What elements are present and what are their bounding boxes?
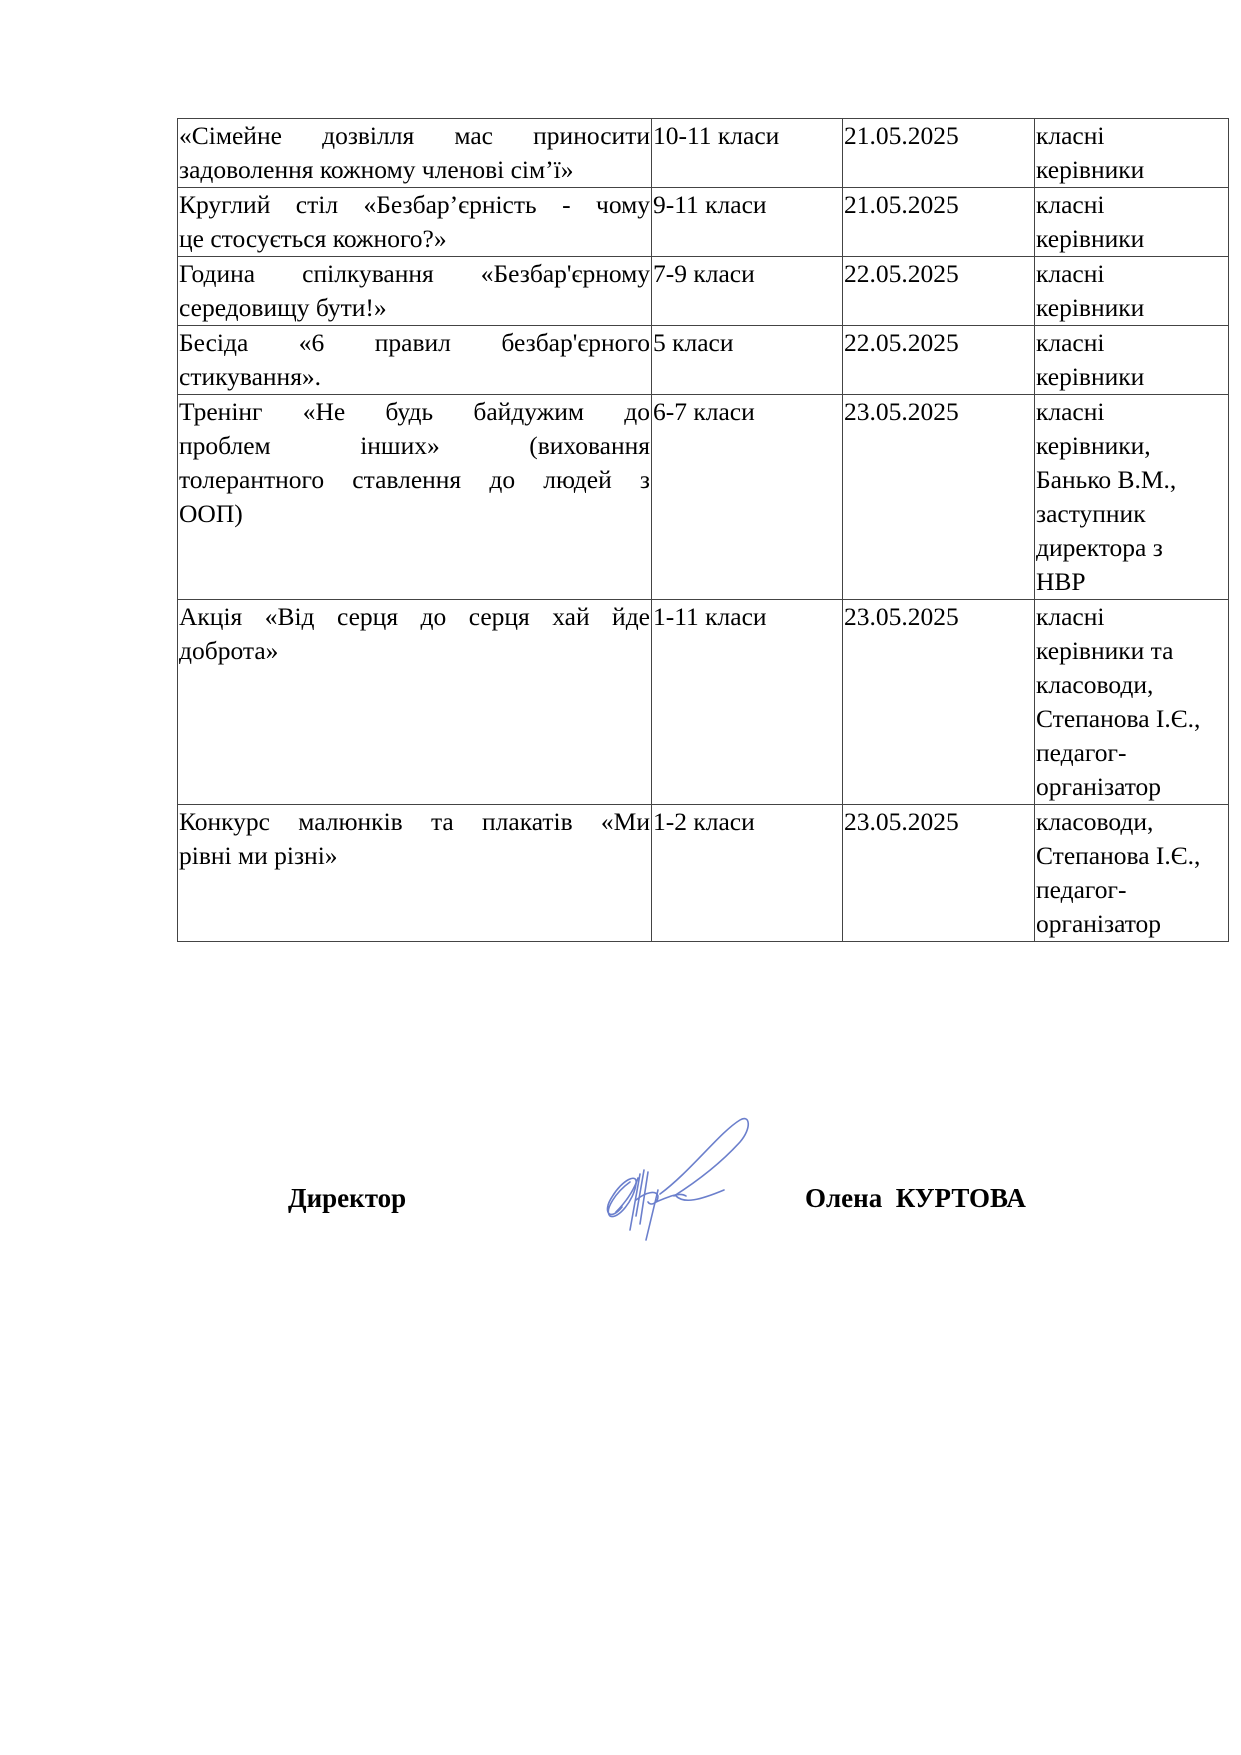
table-row: Тренінг «Не будь байдужим допроблем інши…	[178, 395, 1229, 600]
event-cell: Бесіда «6 правил безбар'єрногостикування…	[178, 326, 652, 395]
signer-title: Директор	[288, 1183, 406, 1214]
responsible-cell: класнікерівники	[1035, 257, 1229, 326]
participants-text: 10-11 класи	[653, 119, 841, 153]
participants-cell: 5 класи	[652, 326, 843, 395]
participants-cell: 9-11 класи	[652, 188, 843, 257]
date-cell: 21.05.2025	[843, 119, 1035, 188]
responsible-cell: класнікерівники	[1035, 188, 1229, 257]
participants-text: 1-11 класи	[653, 600, 841, 634]
date-text: 21.05.2025	[844, 119, 1033, 153]
event-cell: «Сімейне дозвілля мас приноситизадоволен…	[178, 119, 652, 188]
events-table-body: «Сімейне дозвілля мас приноситизадоволен…	[178, 119, 1229, 942]
responsible-cell: класнікерівники	[1035, 119, 1229, 188]
date-text: 22.05.2025	[844, 257, 1033, 291]
responsible-cell: класнікерівники	[1035, 326, 1229, 395]
event-cell: Круглий стіл «Безбар’єрність - чомуце ст…	[178, 188, 652, 257]
responsible-line: Банько В.М.,	[1036, 463, 1227, 497]
participants-text: 6-7 класи	[653, 395, 841, 429]
responsible-line: директора з	[1036, 531, 1227, 565]
signer-name: Олена КУРТОВА	[805, 1183, 1026, 1214]
table-row: Акція «Від серця до серця хай йдедоброта…	[178, 600, 1229, 805]
responsible-line: організатор	[1036, 770, 1227, 804]
date-cell: 22.05.2025	[843, 257, 1035, 326]
document-page: «Сімейне дозвілля мас приноситизадоволен…	[0, 0, 1241, 1755]
responsible-line: педагог-	[1036, 736, 1227, 770]
responsible-line: керівники	[1036, 153, 1227, 187]
event-line: задоволення кожному членові сім’ї»	[179, 153, 650, 187]
participants-text: 7-9 класи	[653, 257, 841, 291]
event-line: Тренінг «Не будь байдужим до	[179, 395, 650, 429]
participants-cell: 1-2 класи	[652, 805, 843, 942]
participants-text: 1-2 класи	[653, 805, 841, 839]
responsible-line: класні	[1036, 257, 1227, 291]
date-text: 22.05.2025	[844, 326, 1033, 360]
responsible-line: керівники,	[1036, 429, 1227, 463]
table-row: Конкурс малюнків та плакатів «Мирівні ми…	[178, 805, 1229, 942]
responsible-line: заступник	[1036, 497, 1227, 531]
participants-cell: 1-11 класи	[652, 600, 843, 805]
event-cell: Акція «Від серця до серця хай йдедоброта…	[178, 600, 652, 805]
responsible-cell: класнікерівники такласоводи,Степанова І.…	[1035, 600, 1229, 805]
table-row: Година спілкування «Безбар'єрномусередов…	[178, 257, 1229, 326]
responsible-line: керівники та	[1036, 634, 1227, 668]
event-line: Конкурс малюнків та плакатів «Ми	[179, 805, 650, 839]
responsible-line: класні	[1036, 188, 1227, 222]
event-cell: Конкурс малюнків та плакатів «Мирівні ми…	[178, 805, 652, 942]
date-text: 23.05.2025	[844, 600, 1033, 634]
event-line: толерантного ставлення до людей з	[179, 463, 650, 497]
responsible-cell: класнікерівники,Банько В.М.,заступникдир…	[1035, 395, 1229, 600]
responsible-line: класоводи,	[1036, 668, 1227, 702]
event-line: проблем інших» (виховання	[179, 429, 650, 463]
participants-text: 5 класи	[653, 326, 841, 360]
event-line: ООП)	[179, 497, 650, 531]
event-line: це стосується кожного?»	[179, 222, 650, 256]
event-line: середовищу бути!»	[179, 291, 650, 325]
table-row: «Сімейне дозвілля мас приноситизадоволен…	[178, 119, 1229, 188]
date-cell: 23.05.2025	[843, 600, 1035, 805]
responsible-cell: класоводи,Степанова І.Є.,педагог-організ…	[1035, 805, 1229, 942]
event-cell: Тренінг «Не будь байдужим допроблем інши…	[178, 395, 652, 600]
event-line: Година спілкування «Безбар'єрному	[179, 257, 650, 291]
table-row: Круглий стіл «Безбар’єрність - чомуце ст…	[178, 188, 1229, 257]
responsible-line: керівники	[1036, 291, 1227, 325]
events-table: «Сімейне дозвілля мас приноситизадоволен…	[177, 118, 1229, 942]
signature-block: Директор Олена КУРТОВА	[0, 1180, 1241, 1220]
responsible-line: Степанова І.Є.,	[1036, 839, 1227, 873]
date-text: 23.05.2025	[844, 805, 1033, 839]
participants-text: 9-11 класи	[653, 188, 841, 222]
event-line: Круглий стіл «Безбар’єрність - чому	[179, 188, 650, 222]
responsible-line: Степанова І.Є.,	[1036, 702, 1227, 736]
date-text: 23.05.2025	[844, 395, 1033, 429]
responsible-line: організатор	[1036, 907, 1227, 941]
participants-cell: 7-9 класи	[652, 257, 843, 326]
date-cell: 21.05.2025	[843, 188, 1035, 257]
event-line: стикування».	[179, 360, 650, 394]
responsible-line: керівники	[1036, 360, 1227, 394]
participants-cell: 6-7 класи	[652, 395, 843, 600]
event-line: доброта»	[179, 634, 650, 668]
date-text: 21.05.2025	[844, 188, 1033, 222]
responsible-line: класні	[1036, 600, 1227, 634]
participants-cell: 10-11 класи	[652, 119, 843, 188]
event-line: Бесіда «6 правил безбар'єрного	[179, 326, 650, 360]
event-line: «Сімейне дозвілля мас приносити	[179, 119, 650, 153]
event-cell: Година спілкування «Безбар'єрномусередов…	[178, 257, 652, 326]
responsible-line: класні	[1036, 326, 1227, 360]
responsible-line: педагог-	[1036, 873, 1227, 907]
responsible-line: класні	[1036, 119, 1227, 153]
date-cell: 23.05.2025	[843, 395, 1035, 600]
date-cell: 23.05.2025	[843, 805, 1035, 942]
responsible-line: керівники	[1036, 222, 1227, 256]
event-line: Акція «Від серця до серця хай йде	[179, 600, 650, 634]
responsible-line: НВР	[1036, 565, 1227, 599]
responsible-line: класоводи,	[1036, 805, 1227, 839]
table-row: Бесіда «6 правил безбар'єрногостикування…	[178, 326, 1229, 395]
responsible-line: класні	[1036, 395, 1227, 429]
event-line: рівні ми різні»	[179, 839, 650, 873]
date-cell: 22.05.2025	[843, 326, 1035, 395]
